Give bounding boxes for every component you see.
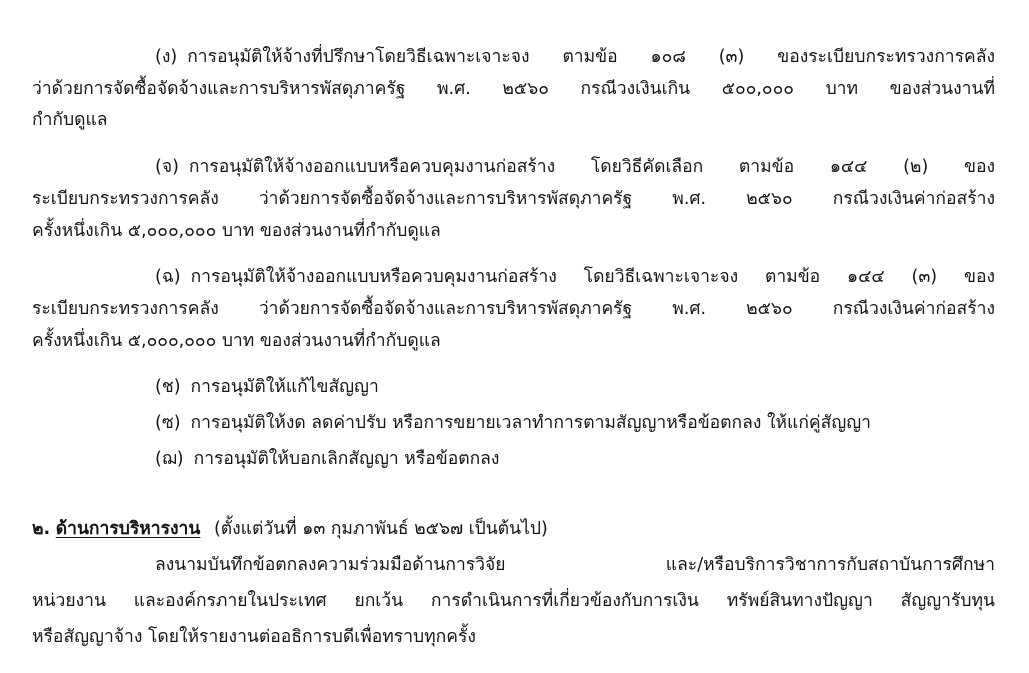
item-ng-line-2: ว่าด้วยการจัดซื้อจัดจ้างและการบริหารพัสด… (32, 76, 995, 102)
section-2-heading-line: ๒. ด้านการบริหารงาน (ตั้งแต่วันที่ ๑๓ กุ… (32, 516, 548, 542)
document-page: (ง)การอนุมัติให้จ้างที่ปรึกษาโดยวิธีเฉพา… (0, 0, 1029, 673)
item-cho-line-1: (ฉ)การอนุมัติให้จ้างออกแบบหรือควบคุมงานก… (155, 264, 995, 290)
section-2-line-2: หน่วยงาน และองค์กรภายในประเทศ ยกเว้น การ… (32, 588, 995, 614)
item-cho-line-3: ครั้งหนึ่งเกิน ๕,๐๐๐,๐๐๐ บาท ของส่วนงานท… (32, 328, 441, 354)
section-2-line-3: หรือสัญญาจ้าง โดยให้รายงานต่ออธิการบดีเพ… (32, 624, 476, 650)
section-heading: ด้านการบริหารงาน (56, 519, 201, 539)
item-chor-line-1: (ช)การอนุมัติให้แก้ไขสัญญา (155, 374, 379, 400)
item-cho-line-2: ระเบียบกระทรวงการคลัง ว่าด้วยการจัดซื้อจ… (32, 296, 995, 322)
item-label: (ฉ) (155, 264, 181, 290)
item-cha-line-1: (ฌ)การอนุมัติให้บอกเลิกสัญญา หรือข้อตกลง (155, 446, 499, 472)
item-label: (ง) (155, 44, 177, 70)
effective-date: (ตั้งแต่วันที่ ๑๓ กุมภาพันธ์ ๒๕๖๗ เป็นต้… (214, 519, 548, 539)
section-number: ๒. (32, 519, 50, 539)
item-label: (ซ) (155, 410, 181, 436)
item-label: (จ) (155, 154, 179, 180)
item-jo-line-1: (จ)การอนุมัติให้จ้างออกแบบหรือควบคุมงานก… (155, 154, 995, 180)
item-text: การอนุมัติให้บอกเลิกสัญญา หรือข้อตกลง (194, 449, 500, 469)
item-ng-line-1: (ง)การอนุมัติให้จ้างที่ปรึกษาโดยวิธีเฉพา… (155, 44, 995, 70)
item-ng-line-3: กำกับดูแล (32, 107, 108, 133)
item-so-line-1: (ซ)การอนุมัติให้งด ลดค่าปรับ หรือการขยาย… (155, 410, 871, 436)
item-text: การอนุมัติให้งด ลดค่าปรับ หรือการขยายเวล… (191, 413, 871, 433)
item-label: (ช) (155, 374, 181, 400)
item-text: การอนุมัติให้จ้างออกแบบหรือควบคุมงานก่อส… (189, 157, 995, 177)
item-text: การอนุมัติให้จ้างที่ปรึกษาโดยวิธีเฉพาะเจ… (187, 47, 995, 67)
section-2-line-1: ลงนามบันทึกข้อตกลงความร่วมมือด้านการวิจั… (155, 552, 995, 578)
item-jo-line-2: ระเบียบกระทรวงการคลัง ว่าด้วยการจัดซื้อจ… (32, 186, 995, 212)
item-text: การอนุมัติให้แก้ไขสัญญา (191, 377, 379, 397)
item-jo-line-3: ครั้งหนึ่งเกิน ๕,๐๐๐,๐๐๐ บาท ของส่วนงานท… (32, 218, 441, 244)
item-label: (ฌ) (155, 446, 184, 472)
item-text: การอนุมัติให้จ้างออกแบบหรือควบคุมงานก่อส… (191, 267, 995, 287)
